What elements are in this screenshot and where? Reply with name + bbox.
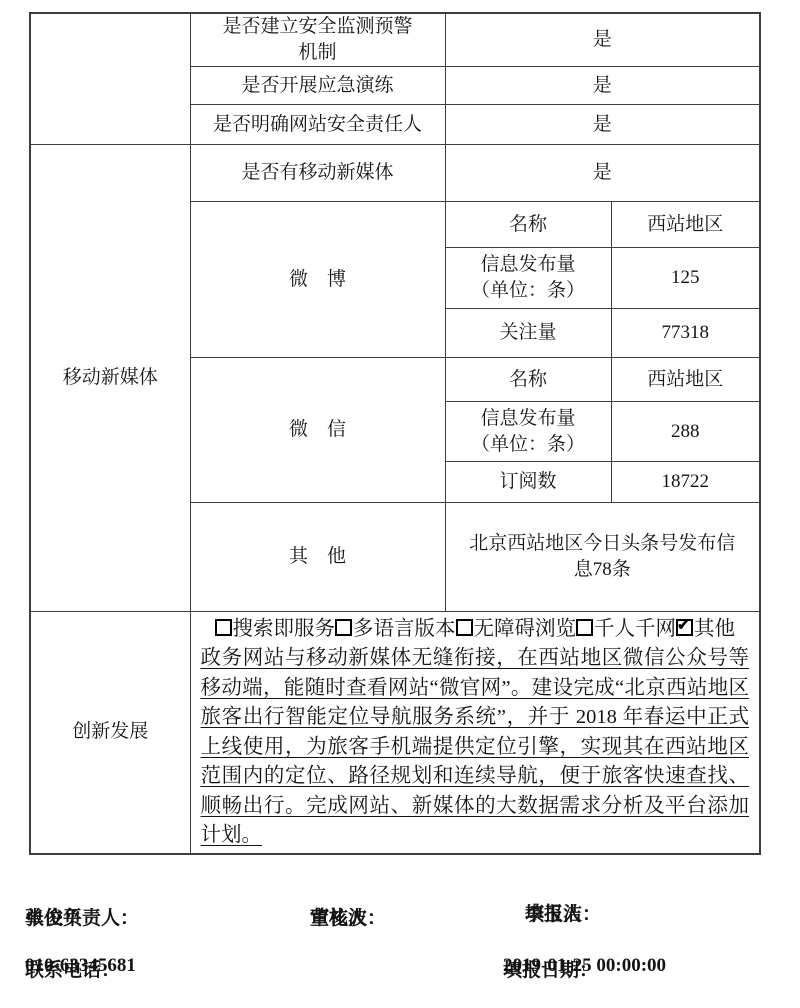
- row-value: 77318: [611, 309, 760, 358]
- checkbox-icon: [335, 619, 352, 636]
- table-row: 移动新媒体 是否有移动新媒体 是: [30, 145, 760, 202]
- innovation-option-label: 其他: [694, 618, 735, 640]
- row-label: 名称: [445, 358, 611, 402]
- row-label: 关注量: [445, 309, 611, 358]
- row-label: 是否建立安全监测预警 机制: [190, 13, 445, 67]
- report-table: 是否建立安全监测预警 机制 是 是否开展应急演练 是 是否明确网站安全责任人 是…: [29, 12, 761, 855]
- table-row: 创新发展 搜索即服务多语言版本无障碍浏览千人千网其他 政务网站与移动新媒体无缝衔…: [30, 612, 760, 854]
- row-value: 18722: [611, 462, 760, 503]
- row-value: 西站地区: [611, 358, 760, 402]
- row-label: 是否开展应急演练: [190, 67, 445, 105]
- innovation-option: 其他: [676, 618, 735, 640]
- row-value: 是: [445, 145, 760, 202]
- row-label: 是否有移动新媒体: [190, 145, 445, 202]
- innovation-option-label: 千人千网: [594, 618, 676, 640]
- row-value: 西站地区: [611, 202, 760, 248]
- innovation-description: 政务网站与移动新媒体无缝衔接，在西站地区微信公众号等移动端，能随时查看网站“微官…: [201, 644, 750, 851]
- innovation-option-label: 无障碍浏览: [474, 618, 577, 640]
- innovation-option: 多语言版本: [335, 618, 456, 640]
- section-cell-empty: [30, 13, 190, 145]
- row-value: 是: [445, 67, 760, 105]
- checkbox-icon: [215, 619, 232, 636]
- row-value: 288: [611, 402, 760, 462]
- innovation-option: 千人千网: [576, 618, 676, 640]
- innovation-options: 搜索即服务多语言版本无障碍浏览千人千网其他: [201, 614, 750, 644]
- group-label-wechat: 微 信: [190, 358, 445, 503]
- innovation-option: 无障碍浏览: [456, 618, 577, 640]
- checkbox-icon: [576, 619, 593, 636]
- row-label: 信息发布量 （单位：条）: [445, 402, 611, 462]
- row-value: 北京西站地区今日头条号发布信 息78条: [445, 503, 760, 612]
- section-label-innovation: 创新发展: [30, 612, 190, 854]
- innovation-option-label: 多语言版本: [353, 618, 456, 640]
- innovation-option-label: 搜索即服务: [233, 618, 336, 640]
- innovation-option: 搜索即服务: [215, 618, 336, 640]
- row-label: 信息发布量 （单位：条）: [445, 248, 611, 309]
- row-label: 订阅数: [445, 462, 611, 503]
- group-label-other: 其 他: [190, 503, 445, 612]
- row-label: 名称: [445, 202, 611, 248]
- checkbox-icon: [456, 619, 473, 636]
- checkbox-icon: [676, 619, 693, 636]
- row-value: 是: [445, 13, 760, 67]
- table-row: 是否建立安全监测预警 机制 是: [30, 13, 760, 67]
- row-label: 是否明确网站安全责任人: [190, 105, 445, 145]
- row-value: 125: [611, 248, 760, 309]
- report-page: 是否建立安全监测预警 机制 是 是否开展应急演练 是 是否明确网站安全责任人 是…: [0, 0, 800, 1008]
- innovation-content: 搜索即服务多语言版本无障碍浏览千人千网其他 政务网站与移动新媒体无缝衔接，在西站…: [190, 612, 760, 854]
- group-label-weibo: 微 博: [190, 202, 445, 358]
- section-label-mobile: 移动新媒体: [30, 145, 190, 612]
- row-value: 是: [445, 105, 760, 145]
